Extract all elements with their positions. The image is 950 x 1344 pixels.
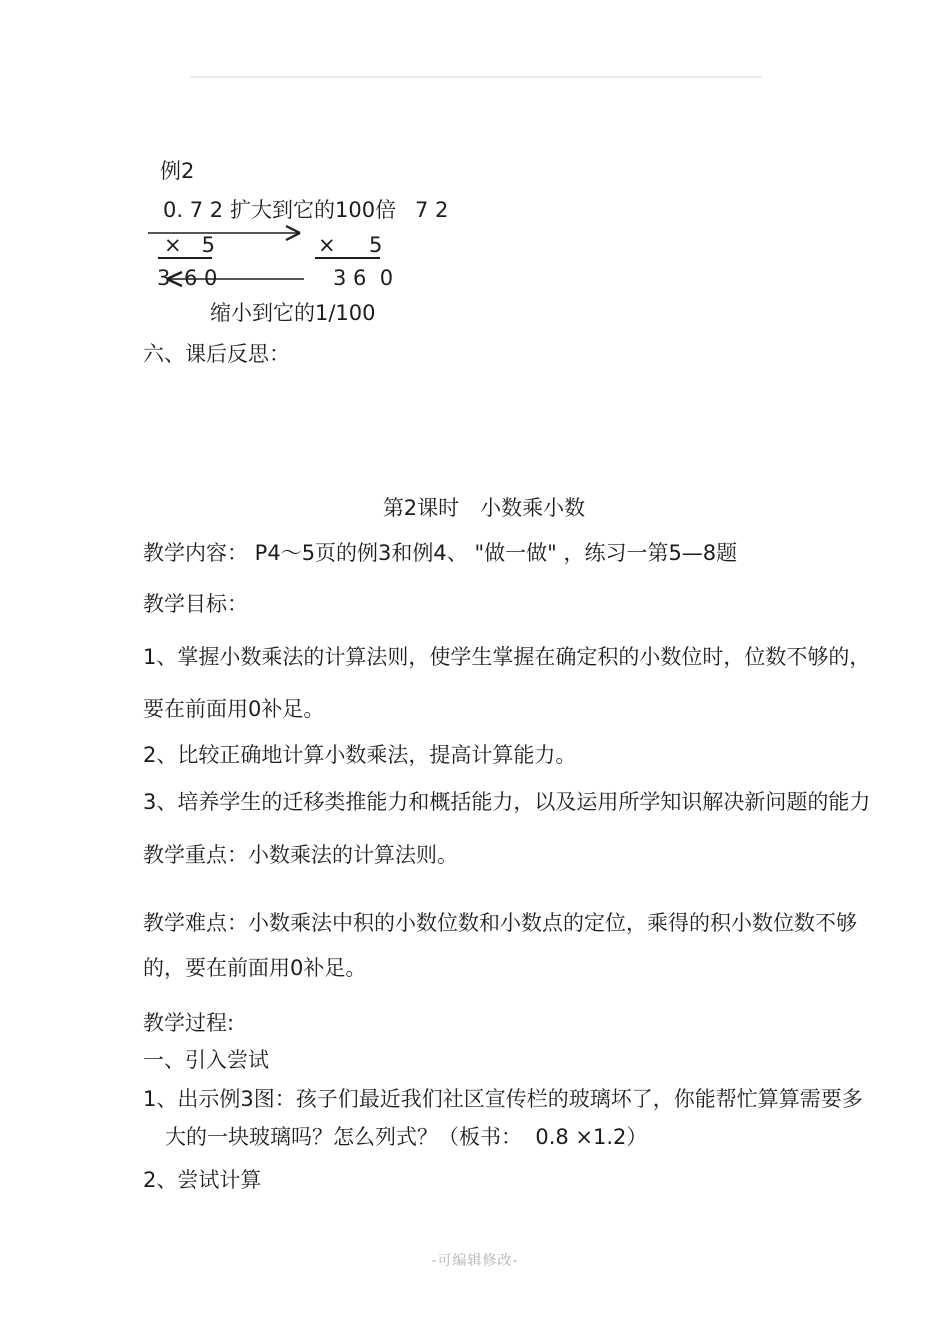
right-multiplier-underline: [315, 257, 380, 259]
scale-up-label: 扩大到它的100倍: [230, 198, 396, 222]
right-product: 3 6 0: [333, 266, 393, 290]
body-line-difficulty-a: 教学难点：小数乘法中积的小数位数和小数点的定位，乘得的积小数位数不够: [143, 911, 857, 935]
body-line-step1-b: 大的一块玻璃吗？怎么列式？（板书： 0.8 ×1.2）: [165, 1125, 647, 1149]
body-line-difficulty-b: 的，要在前面用0补足。: [143, 956, 366, 980]
body-line-objectives-heading: 教学目标：: [143, 592, 248, 616]
body-line-process-heading: 教学过程:: [143, 1011, 234, 1035]
left-factor: 0. 7 2: [163, 198, 223, 222]
body-line-step2: 2、尝试计算: [143, 1168, 261, 1192]
left-product-first-digit: 3: [157, 266, 170, 290]
lesson-title: 第2课时 小数乘小数: [0, 492, 950, 522]
left-product-rest-digits: 6 0: [184, 266, 217, 290]
body-line-key-point: 教学重点：小数乘法的计算法则。: [143, 843, 458, 867]
body-line-objective-1b: 要在前面用0补足。: [143, 697, 324, 721]
footer-note: -可编辑修改-: [0, 1250, 950, 1270]
body-line-step1-a: 1、出示例3图：孩子们最近我们社区宣传栏的玻璃坏了，你能帮忙算算需要多: [143, 1087, 863, 1111]
body-line-intro-heading: 一、引入尝试: [143, 1048, 269, 1072]
reflection-heading: 六、课后反思：: [143, 342, 290, 366]
right-multiplier: × 5: [318, 233, 382, 257]
body-line-objective-2: 2、比较正确地计算小数乘法，提高计算能力。: [143, 743, 576, 767]
body-line-objective-3: 3、培养学生的迁移类推能力和概括能力，以及运用所学知识解决新问题的能力: [143, 790, 870, 814]
example-label: 例2: [160, 159, 194, 183]
left-multiplier: × 5: [164, 233, 215, 257]
left-multiplier-underline: [158, 257, 212, 259]
decimal-shift-left-arrow-icon: [158, 269, 308, 289]
scale-down-label: 缩小到它的1/100: [210, 301, 376, 325]
document-page: 例2 0. 7 2 扩大到它的100倍 7 2 × 5 × 5 3 6 0 3 …: [0, 0, 950, 1344]
body-line-teaching-content: 教学内容： P4～5页的例3和例4、 "做一做" ，练习一第5—8题: [143, 541, 737, 565]
right-factor: 7 2: [415, 198, 448, 222]
body-line-objective-1a: 1、掌握小数乘法的计算法则，使学生掌握在确定积的小数位时，位数不够的，: [143, 645, 870, 669]
header-divider: [190, 76, 762, 78]
